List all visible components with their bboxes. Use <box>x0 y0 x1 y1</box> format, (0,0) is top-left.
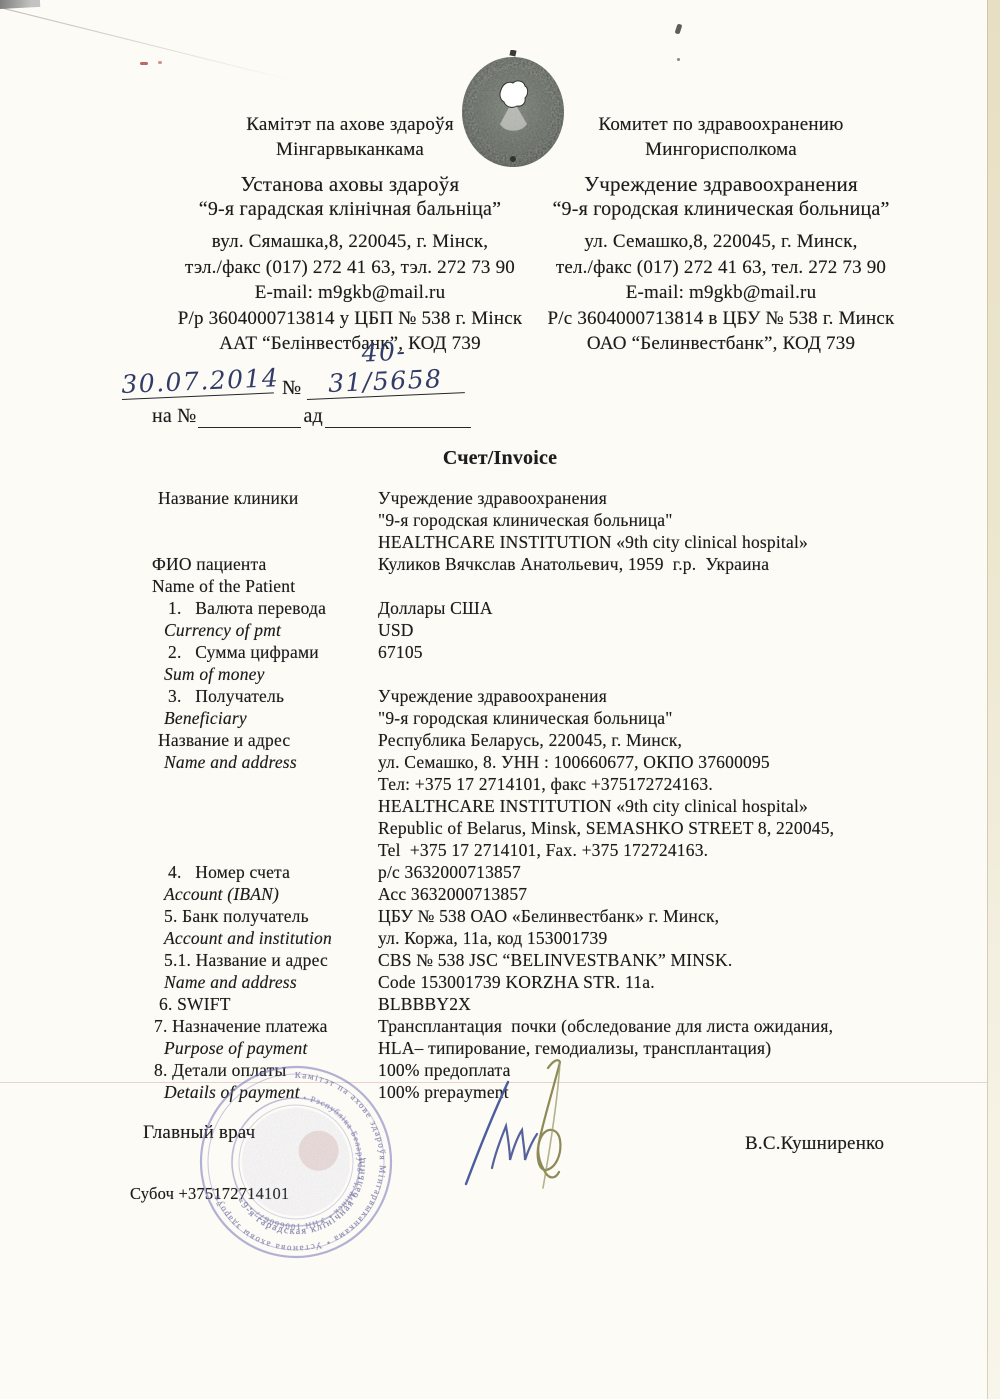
table-row: 6. SWIFT BLBBBY2X <box>152 993 922 1015</box>
row-value: Code 153001739 KORZHA STR. 11a. <box>378 971 922 993</box>
row-label-en: Name of the Patient <box>152 575 378 597</box>
invoice-table: Название клиники Учреждение здравоохране… <box>152 487 922 1103</box>
bank-name-line: ОАО “Белинвестбанк”, КОД 739 <box>528 331 914 357</box>
number-sign: № <box>282 377 301 400</box>
ink-speck <box>675 23 683 34</box>
row-value: ул. Коржа, 11а, код 153001739 <box>378 927 922 949</box>
address-line: ул. Семашко,8, 220045, г. Минск, <box>528 229 914 255</box>
handwritten-signature-icon <box>448 1052 623 1202</box>
row-value: 67105 <box>378 641 922 663</box>
organization-name: Учреждение здравоохранения <box>528 171 914 197</box>
table-row: Название клиники Учреждение здравоохране… <box>152 487 922 553</box>
table-row: 2. Сумма цифрами Sum of money 67105 <box>152 641 922 685</box>
email-line: E-mail: m9gkb@mail.ru <box>528 280 914 306</box>
row-label-en: Sum of money <box>152 663 378 685</box>
row-value: ЦБУ № 538 ОАО «Белинвестбанк» г. Минск, <box>378 905 922 927</box>
row-label-en: Beneficiary <box>152 707 378 729</box>
row-value: Республика Беларусь, 220045, г. Минск, <box>378 729 922 751</box>
row-label: 1. Валюта перевода <box>152 597 378 619</box>
row-value: Трансплантация почки (обследование для л… <box>378 1015 922 1037</box>
row-label-en: Name and address <box>152 751 378 773</box>
row-value: USD <box>378 619 922 641</box>
row-label: 4. Номер счета <box>152 861 378 883</box>
table-row: 3. Получатель Beneficiary Название и адр… <box>152 685 922 861</box>
row-value: "9-я городская клиническая больница" <box>378 707 922 729</box>
from-label: ад <box>303 405 322 428</box>
row-label: ФИО пациента <box>152 553 378 575</box>
row-label: Название клиники <box>152 487 378 509</box>
reply-to-label: на № <box>152 405 196 428</box>
committee-line: Комитет по здравоохранению <box>528 112 914 137</box>
row-label-en: Name and address <box>152 971 378 993</box>
phone-line: тел./факс (017) 272 41 63, тел. 272 73 9… <box>528 255 914 281</box>
row-value: Учреждение здравоохранения <box>378 487 922 509</box>
table-row: ФИО пациента Name of the Patient Куликов… <box>152 553 922 597</box>
row-label: 6. SWIFT <box>152 993 378 1015</box>
header-right-block: Комитет по здравоохранению Мингорисполко… <box>528 112 914 357</box>
row-value: Republic of Belarus, Minsk, SEMASHKO STR… <box>378 817 922 839</box>
row-value: ул. Семашко, 8. УНН : 100660677, ОКПО 37… <box>378 751 922 773</box>
table-row: 5. Банк получатель Account and instituti… <box>152 905 922 949</box>
scanned-invoice-page: Камітэт па ахове здароўя Мінгарвыканкама… <box>0 0 1000 1399</box>
red-speck <box>158 61 162 64</box>
row-label-en: Currency of pmt <box>152 619 378 641</box>
handwritten-date: 30.07.2014 <box>121 363 274 400</box>
handwritten-ref-number: 40-31/5658 <box>305 334 465 400</box>
scan-edge-strip <box>987 0 1000 1399</box>
row-label: 3. Получатель <box>152 685 378 707</box>
row-value: CBS № 538 JSC “BELINVESTBANK” MINSK. <box>378 949 922 971</box>
row-label: 5. Банк получатель <box>152 905 378 927</box>
blank-line <box>325 427 471 428</box>
row-value: Доллары США <box>378 597 922 619</box>
round-ink-stamp-icon: Камітэт па ахове здароўя Мінгарвыканкама… <box>196 1062 396 1262</box>
signer-name: В.С.Кушниренко <box>745 1133 884 1155</box>
organization-name: “9-я городская клиническая больница” <box>528 197 914 222</box>
scan-crease-line <box>4 8 295 82</box>
row-value: HEALTHCARE INSTITUTION «9th city clinica… <box>378 531 922 553</box>
table-row: 1. Валюта перевода Currency of pmt Долла… <box>152 597 922 641</box>
row-value: Учреждение здравоохранения <box>378 685 922 707</box>
row-label-en: Account and institution <box>152 927 378 949</box>
blank-line <box>198 427 301 428</box>
red-speck <box>140 62 148 65</box>
row-value: BLBBBY2X <box>378 993 922 1015</box>
row-label-en: Account (IBAN) <box>152 883 378 905</box>
row-value: р/с 3632000713857 <box>378 861 922 883</box>
committee-line: Мингорисполкома <box>528 137 914 162</box>
row-label-en: Purpose of payment <box>152 1037 378 1059</box>
reference-line: 30.07.2014 № 40-31/5658 на № ад <box>122 360 522 428</box>
row-value: Tel +375 17 2714101, Fax. +375 172724163… <box>378 839 922 861</box>
row-label: 5.1. Название и адрес <box>152 949 378 971</box>
row-value: Тел: +375 17 2714101, факс +375172724163… <box>378 773 922 795</box>
row-value: Куликов Вячкслав Анатольевич, 1959 г.р. … <box>378 553 922 575</box>
table-row: 5.1. Название и адрес Name and address C… <box>152 949 922 993</box>
row-label: 2. Сумма цифрами <box>152 641 378 663</box>
bank-account-line: Р/с 3604000713814 в ЦБУ № 538 г. Минск <box>528 306 914 332</box>
row-value: Асс 3632000713857 <box>378 883 922 905</box>
row-value: HEALTHCARE INSTITUTION «9th city clinica… <box>378 795 922 817</box>
row-label: Название и адрес <box>152 729 378 751</box>
row-value: "9-я городская клиническая больница" <box>378 509 922 531</box>
row-label: 7. Назначение платежа <box>152 1015 378 1037</box>
table-row: 4. Номер счета Account (IBAN) р/с 363200… <box>152 861 922 905</box>
ink-speck <box>677 58 680 61</box>
document-title: Счет/Invoice <box>0 447 1000 470</box>
